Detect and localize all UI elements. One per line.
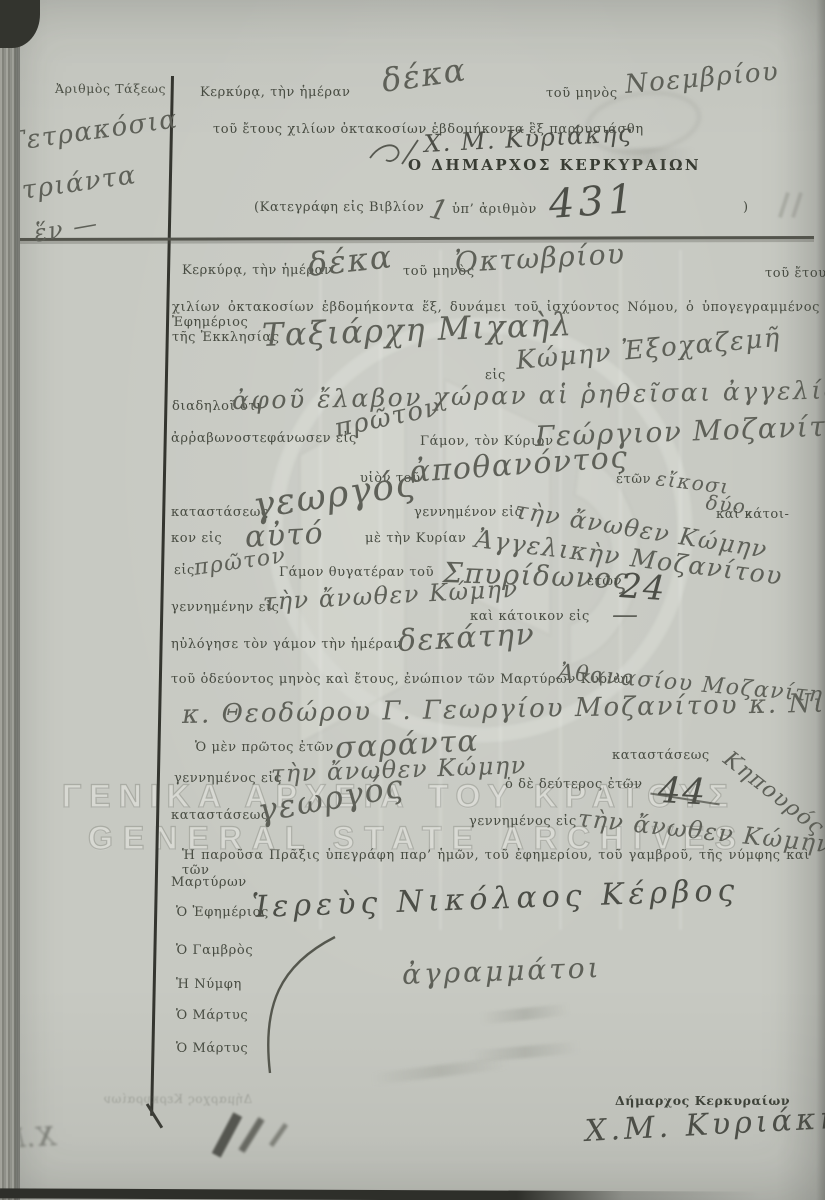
resident-label-hyphen: καὶ κάτοι- (716, 507, 790, 522)
hw-number-words-3: ἕν — (32, 209, 101, 248)
ink-blot-1 (212, 1112, 242, 1157)
first-witness-label: Ὁ μὲν πρῶτος ἐτῶν (195, 740, 334, 755)
bottom-page-edge (0, 1188, 760, 1200)
dark-corner (0, 0, 40, 48)
hw-book-mark: 1 (426, 191, 453, 228)
scanned-register-page: ΓΕΝΙΚΑ ΑΡΧΕΙΑ ΤΟΥ ΚΡΑΤΟΥΣ GENERAL STATE … (0, 0, 825, 1200)
born-label-m: γεννημένον εἰς (414, 505, 523, 520)
betrothed-label: ἀρῥαβωνοστεφάνωσεν εἰς (171, 431, 357, 446)
presentation-month-label: τοῦ μηνὸς (546, 86, 618, 101)
ghost-cursive-3 (370, 1057, 510, 1086)
hw-number-words-2: τριάντα (20, 160, 139, 206)
with-lady-label: μὲ τὴν Κυρίαν (365, 531, 466, 546)
daughter-label: Γάμον θυγατέραν τοῦ (279, 565, 434, 580)
registered-open-label: (Κατεγράφη εἰς Βιβλίον (254, 200, 424, 215)
hw-illiterate-note: ἀγραμμάτοι (401, 951, 602, 991)
born-label-w2: γεννημένος εἰς (469, 814, 577, 829)
signature-brace (250, 935, 350, 1075)
ghost-stroke-3 (791, 192, 803, 218)
ink-blot-2 (238, 1117, 264, 1153)
bride-signature-label: Ἡ Νύμφη (176, 977, 242, 992)
ghost-stroke-2 (778, 192, 790, 218)
order-number-label: Ἀριθμὸς Τάξεως (55, 81, 166, 96)
witness-signature-label-2: Ὁ Μάρτυς (176, 1041, 248, 1056)
closing-line-2: Μαρτύρων (171, 875, 247, 890)
bride-at-label: εἰς (174, 563, 195, 578)
born-label-w1: γεννημένος εἰς (174, 771, 282, 786)
presentation-place-day-label: Κερκύρᾳ, τὴν ἡμέραν (200, 85, 351, 100)
registered-close-label: ) (743, 200, 749, 215)
mayor-heading: Ο ΔΗΜΑΡΧΟΣ ΚΕΡΚΥΡΑΙΩΝ (408, 156, 701, 174)
hw-number-words-1: Τετρακόσια (6, 104, 180, 158)
hw-presentation-month: Νοεμβρίου (624, 57, 781, 100)
hw-act-number: 431 (547, 176, 638, 228)
hw-marriage-day: δεκάτην (397, 617, 536, 659)
section-divider-rule (12, 236, 814, 241)
hw-witness2-age: 44 (657, 770, 708, 813)
hw-bride-residence: — (612, 600, 640, 630)
blessed-label: ηὐλόγησε τὸν γάμον τὴν ἡμέραν (171, 637, 402, 652)
ghost-cursive-1 (480, 1003, 571, 1024)
ghost-cursive-2 (470, 1041, 581, 1063)
hw-presentation-day: δέκα (379, 50, 468, 99)
condition-label-2: καταστάσεως (612, 748, 710, 763)
book-binding-edge (0, 0, 20, 1200)
ghost-mayor-label-mirrored: Δήμαρχος Κερκυραίων (103, 1092, 252, 1106)
margin-rule-tick (146, 1103, 163, 1128)
hw-priest-signature: Ἱερεὺς Νικόλαος Κέρβος (251, 873, 739, 925)
margin-vertical-rule (150, 76, 173, 1116)
under-number-label: ὑπ’ ἀριθμὸν (452, 202, 537, 217)
groom-signature-label: Ὁ Γαμβρὸς (176, 943, 253, 958)
second-witness-label: ὁ δὲ δεύτερος ἐτῶν (505, 777, 643, 792)
hw-act-month: Ὀκτωβρίου (454, 237, 626, 279)
condition-label-3: καταστάσεως (171, 808, 269, 823)
hw-act-day: δέκα (306, 237, 395, 284)
witness-signature-label-1: Ὁ Μάρτυς (176, 1008, 248, 1023)
right-page-shade (816, 0, 825, 1200)
groom-age-label: ἐτῶν (616, 472, 651, 487)
bride-age-label: ἐτῶν (587, 574, 622, 589)
resident-label-2: κον εἰς (171, 531, 222, 546)
ink-blot-3 (269, 1123, 288, 1147)
